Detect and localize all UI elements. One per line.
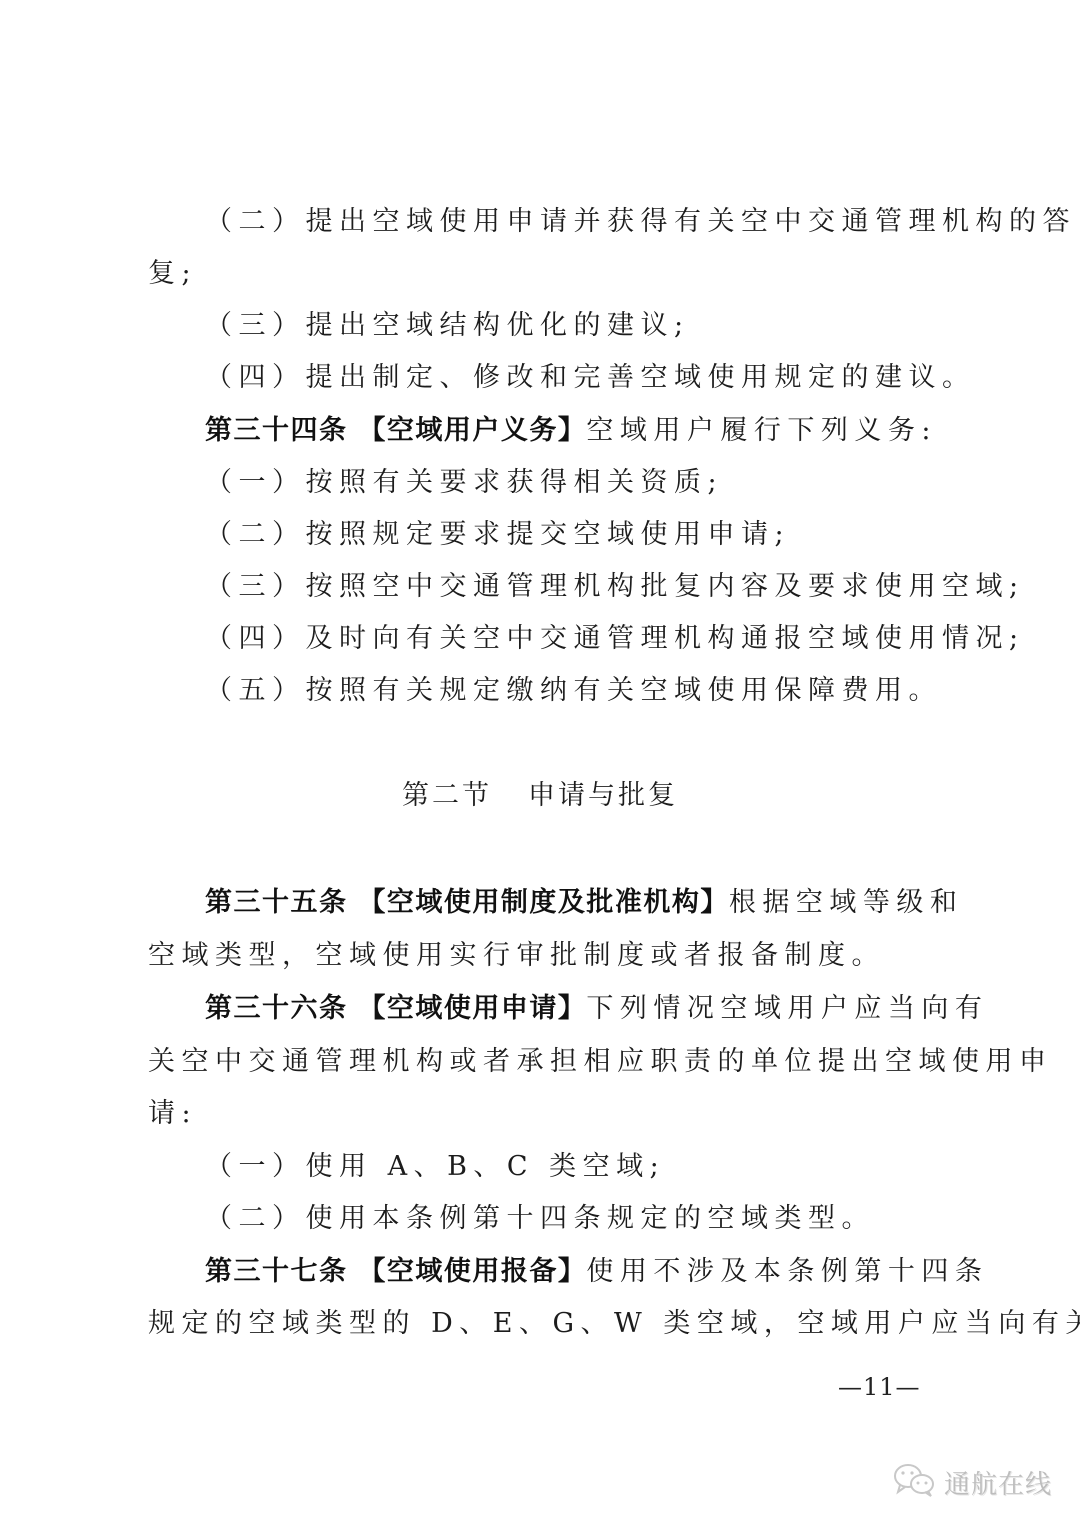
article-34: 第三十四条 【空域用户义务】空域用户履行下列义务:	[205, 413, 937, 449]
paragraph-line: 空域类型，空域使用实行审批制度或者报备制度。	[148, 938, 885, 974]
list-item: （四）及时向有关空中交通管理机构通报空域使用情况;	[205, 621, 1025, 657]
watermark: 通航在线	[892, 1462, 1052, 1502]
article-35: 第三十五条 【空域使用制度及批准机构】根据空域等级和	[205, 885, 963, 921]
list-item: （一）按照有关要求获得相关资质;	[205, 465, 723, 501]
list-item: （五）按照有关规定缴纳有关空域使用保障费用。	[205, 673, 942, 709]
article-heading: 第三十七条 【空域使用报备】	[205, 1256, 586, 1287]
list-item: （二）按照规定要求提交空域使用申请;	[205, 517, 790, 553]
section-number: 第二节	[402, 780, 492, 811]
article-body: 下列情况空域用户应当向有	[586, 993, 988, 1024]
paragraph-line: （四）提出制定、修改和完善空域使用规定的建议。	[205, 360, 976, 396]
document-page: （二）提出空域使用申请并获得有关空中交通管理机构的答 复; （三）提出空域结构优…	[0, 0, 1080, 1527]
paragraph-line: 请:	[148, 1096, 197, 1132]
article-heading: 第三十六条 【空域使用申请】	[205, 993, 586, 1024]
article-36: 第三十六条 【空域使用申请】下列情况空域用户应当向有	[205, 991, 988, 1027]
list-item: （三）按照空中交通管理机构批复内容及要求使用空域;	[205, 569, 1025, 605]
list-item: （二）使用本条例第十四条规定的空域类型。	[205, 1201, 875, 1237]
watermark-text: 通航在线	[944, 1464, 1052, 1501]
paragraph-line: 规定的空域类型的 D、E、G、W 类空域，空域用户应当向有关空	[148, 1306, 1080, 1342]
article-37: 第三十七条 【空域使用报备】使用不涉及本条例第十四条	[205, 1254, 988, 1290]
paragraph-line: 关空中交通管理机构或者承担相应职责的单位提出空域使用申	[148, 1044, 1053, 1080]
article-body: 空域用户履行下列义务:	[586, 415, 937, 446]
paragraph-line: （二）提出空域使用申请并获得有关空中交通管理机构的答	[205, 204, 1076, 240]
page-number: —11—	[838, 1372, 921, 1402]
section-title: 申请与批复	[528, 780, 678, 811]
paragraph-line: （三）提出空域结构优化的建议;	[205, 308, 690, 344]
wechat-icon	[892, 1462, 938, 1502]
paragraph-line: 复;	[148, 256, 197, 292]
article-heading: 第三十四条 【空域用户义务】	[205, 415, 586, 446]
article-body: 根据空域等级和	[729, 887, 964, 918]
article-body: 使用不涉及本条例第十四条	[586, 1256, 988, 1287]
article-heading: 第三十五条 【空域使用制度及批准机构】	[205, 887, 729, 918]
list-item: （一）使用 A、B、C 类空域;	[205, 1149, 665, 1185]
section-heading: 第二节申请与批复	[0, 778, 1080, 814]
